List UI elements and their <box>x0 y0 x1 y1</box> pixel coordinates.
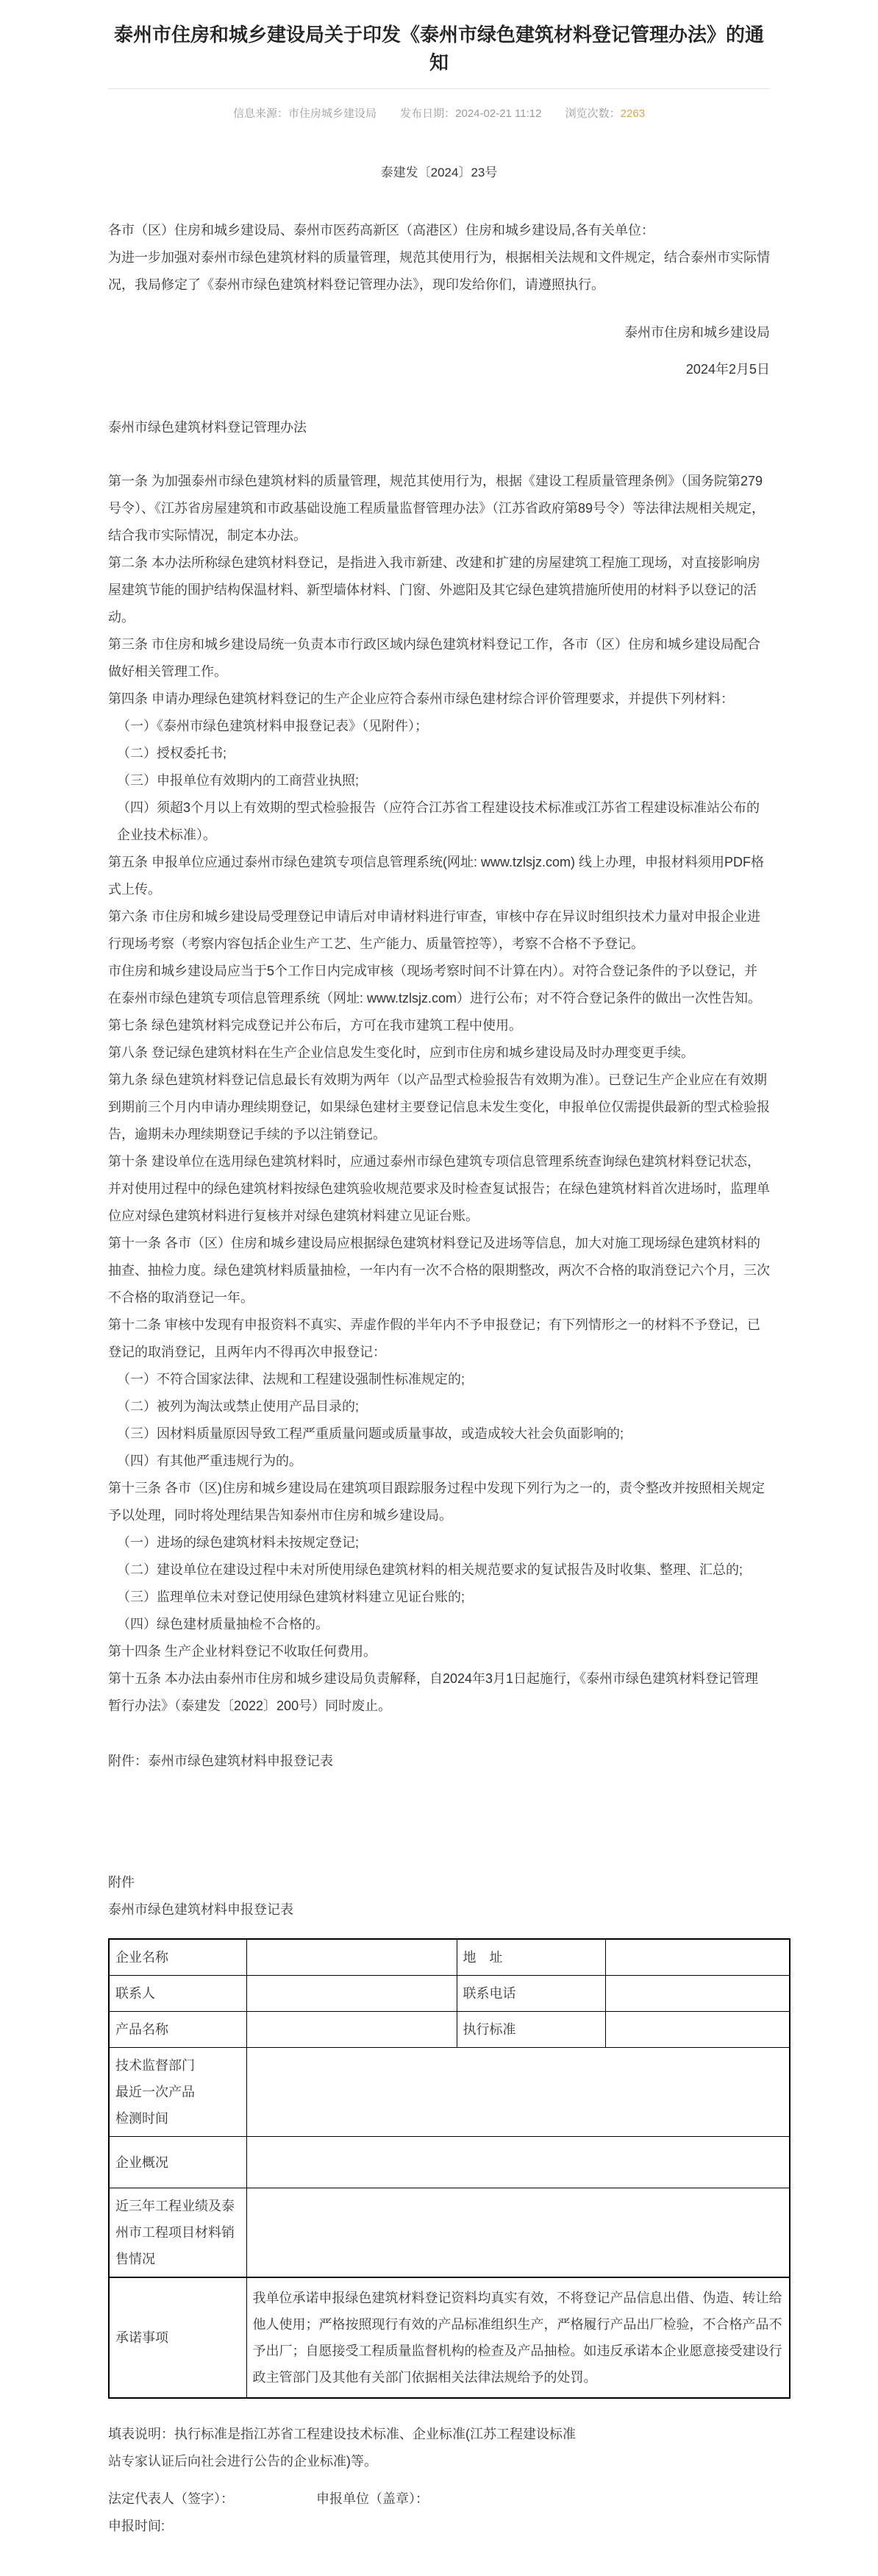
list-item: （四）绿色建材质量抽检不合格的。 <box>108 1611 770 1638</box>
table-row: 联系人联系电话 <box>109 1976 790 2012</box>
form-field-label: 地 址 <box>457 1939 605 1976</box>
meta-views-value: 2263 <box>621 107 645 120</box>
form-field-label: 近三年工程业绩及泰州市工程项目材料销售情况 <box>109 2188 246 2278</box>
form-notes-line1: 填表说明：执行标准是指江苏省工程建设技术标准、企业标准(江苏工程建设标准 <box>108 2421 770 2448</box>
article-paragraph: 第五条 申报单位应通过泰州市绿色建筑专项信息管理系统(网址: www.tzlsj… <box>108 849 770 903</box>
table-row: 产品名称执行标准 <box>109 2012 790 2048</box>
list-item: （一）进场的绿色建筑材料未按规定登记; <box>108 1529 770 1556</box>
form-table: 企业名称地 址联系人联系电话产品名称执行标准技术监督部门 最近一次产品 检测时间… <box>108 1938 790 2399</box>
form-field-value <box>605 1939 790 1976</box>
article-paragraph: 市住房和城乡建设局应当于5个工作日内完成审核（现场考察时间不计算在内）。对符合登… <box>108 958 770 1012</box>
form-field-value <box>605 2012 790 2048</box>
attachment-note: 附件：泰州市绿色建筑材料申报登记表 <box>108 1748 770 1775</box>
form-field-label: 企业名称 <box>109 1939 246 1976</box>
meta-source: 信息来源：市住房城乡建设局 <box>233 105 376 121</box>
form-field-label: 执行标准 <box>457 2012 605 2048</box>
signature-block: 泰州市住房和城乡建设局 2024年2月5日 <box>108 319 770 383</box>
form-notes-line2: 站专家认证后向社会进行公告的企业标准)等。 <box>108 2448 770 2475</box>
form-field-value <box>246 2188 790 2278</box>
title-divider <box>108 88 770 89</box>
table-row: 近三年工程业绩及泰州市工程项目材料销售情况 <box>109 2188 790 2278</box>
article-paragraph: 第十五条 本办法由泰州市住房和城乡建设局负责解释，自2024年3月1日起施行，《… <box>108 1665 770 1720</box>
declare-time-label: 申报时间: <box>108 2513 770 2540</box>
form-field-value <box>246 2048 790 2137</box>
form-notes: 填表说明：执行标准是指江苏省工程建设技术标准、企业标准(江苏工程建设标准 站专家… <box>108 2421 770 2475</box>
article-paragraph: 第二条 本办法所称绿色建筑材料登记，是指进入我市新建、改建和扩建的房屋建筑工程施… <box>108 549 770 631</box>
table-row: 企业概况 <box>109 2137 790 2188</box>
article-paragraph: 第六条 市住房和城乡建设局受理登记申请后对申请材料进行审查，审核中存在异议时组织… <box>108 903 770 958</box>
list-item: （二）授权委托书; <box>108 740 770 767</box>
form-field-label: 产品名称 <box>109 2012 246 2048</box>
list-item: （二）建设单位在建设过程中未对所使用绿色建筑材料的相关规范要求的复试报告及时收集… <box>108 1556 770 1584</box>
form-field-label: 企业概况 <box>109 2137 246 2188</box>
form-field-value: 我单位承诺申报绿色建筑材料登记资料均真实有效，不将登记产品信息出借、伪造、转让给… <box>246 2277 790 2398</box>
list-item: （三）因材料质量原因导致工程严重质量问题或质量事故，或造成较大社会负面影响的; <box>108 1420 770 1448</box>
form-field-label: 承诺事项 <box>109 2277 246 2398</box>
list-item: （一）不符合国家法律、法规和工程建设强制性标准规定的; <box>108 1366 770 1393</box>
meta-views-label: 浏览次数： <box>565 107 621 120</box>
list-item: （三）监理单位未对登记使用绿色建筑材料建立见证台账的; <box>108 1584 770 1611</box>
document-content: 各市（区）住房和城乡建设局、泰州市医药高新区（高港区）住房和城乡建设局,各有关单… <box>108 217 770 2540</box>
article-paragraph: 第一条 为加强泰州市绿色建筑材料的质量管理，规范其使用行为，根据《建设工程质量管… <box>108 468 770 549</box>
form-field-value <box>246 1976 457 2012</box>
form-field-value <box>246 1939 457 1976</box>
article-meta: 信息来源：市住房城乡建设局 发布日期：2024-02-21 11:12 浏览次数… <box>108 105 770 121</box>
document-page: 泰州市住房和城乡建设局关于印发《泰州市绿色建筑材料登记管理办法》的通知 信息来源… <box>0 0 878 2576</box>
doc-number: 泰建发〔2024〕23号 <box>108 162 770 180</box>
table-row: 技术监督部门 最近一次产品 检测时间 <box>109 2048 790 2137</box>
attachment-label: 附件 <box>108 1869 770 1896</box>
form-sign-line: 法定代表人（签字）：申报单位（盖章）： <box>108 2486 770 2513</box>
meta-date-label: 发布日期： <box>400 107 455 120</box>
article-paragraph: 第十条 建设单位在选用绿色建筑材料时，应通过泰州市绿色建筑专项信息管理系统查询绿… <box>108 1148 770 1230</box>
form-field-value <box>605 1976 790 2012</box>
meta-views: 浏览次数：2263 <box>565 105 645 121</box>
declare-unit-label: 申报单位（盖章）： <box>316 2491 429 2506</box>
article-paragraph: 第十二条 审核中发现有申报资料不真实、弄虚作假的半年内不予申报登记；有下列情形之… <box>108 1312 770 1366</box>
table-row: 企业名称地 址 <box>109 1939 790 1976</box>
form-field-label: 技术监督部门 最近一次产品 检测时间 <box>109 2048 246 2137</box>
table-row: 承诺事项我单位承诺申报绿色建筑材料登记资料均真实有效，不将登记产品信息出借、伪造… <box>109 2277 790 2398</box>
article-paragraph: 第四条 申请办理绿色建筑材料登记的生产企业应符合泰州市绿色建材综合评价管理要求，… <box>108 686 770 713</box>
article-paragraph: 第十一条 各市（区）住房和城乡建设局应根据绿色建筑材料登记及进场等信息，加大对施… <box>108 1230 770 1312</box>
meta-source-value: 市住房城乡建设局 <box>288 107 376 120</box>
article-paragraph: 第九条 绿色建筑材料登记信息最长有效期为两年（以产品型式检验报告有效期为准）。已… <box>108 1067 770 1148</box>
list-item: （二）被列为淘汰或禁止使用产品目录的; <box>108 1393 770 1420</box>
attachment-form-title: 泰州市绿色建筑材料申报登记表 <box>108 1896 770 1924</box>
page-title: 泰州市住房和城乡建设局关于印发《泰州市绿色建筑材料登记管理办法》的通知 <box>108 21 770 77</box>
measures-heading: 泰州市绿色建筑材料登记管理办法 <box>108 414 770 441</box>
list-item: （四）须超3个月以上有效期的型式检验报告（应符合江苏省工程建设技术标准或江苏省工… <box>108 794 770 849</box>
meta-date: 发布日期：2024-02-21 11:12 <box>400 105 541 121</box>
article-paragraph: 第七条 绿色建筑材料完成登记并公布后，方可在我市建筑工程中使用。 <box>108 1012 770 1039</box>
meta-date-value: 2024-02-21 11:12 <box>455 107 541 120</box>
list-item: （三）申报单位有效期内的工商营业执照; <box>108 767 770 794</box>
list-item: （四）有其他严重违规行为的。 <box>108 1448 770 1475</box>
article-paragraph: 第八条 登记绿色建筑材料在生产企业信息发生变化时，应到市住房和城乡建设局及时办理… <box>108 1039 770 1067</box>
form-table-body: 企业名称地 址联系人联系电话产品名称执行标准技术监督部门 最近一次产品 检测时间… <box>109 1939 790 2398</box>
measures-paragraphs: 第一条 为加强泰州市绿色建筑材料的质量管理，规范其使用行为，根据《建设工程质量管… <box>108 468 770 1720</box>
form-field-value <box>246 2012 457 2048</box>
form-field-label: 联系电话 <box>457 1976 605 2012</box>
sign-date: 2024年2月5日 <box>108 356 770 383</box>
legal-rep-label: 法定代表人（签字）： <box>108 2491 234 2506</box>
article-paragraph: 第十三条 各市（区)住房和城乡建设局在建筑项目跟踪服务过程中发现下列行为之一的，… <box>108 1475 770 1529</box>
form-field-label: 联系人 <box>109 1976 246 2012</box>
salutation: 各市（区）住房和城乡建设局、泰州市医药高新区（高港区）住房和城乡建设局,各有关单… <box>108 217 770 244</box>
meta-source-label: 信息来源： <box>233 107 288 120</box>
notice-opening-paragraph: 为进一步加强对泰州市绿色建筑材料的质量管理，规范其使用行为，根据相关法规和文件规… <box>108 244 770 299</box>
article-paragraph: 第三条 市住房和城乡建设局统一负责本市行政区域内绿色建筑材料登记工作，各市（区）… <box>108 631 770 686</box>
signer-name: 泰州市住房和城乡建设局 <box>108 319 770 346</box>
list-item: （一）《泰州市绿色建筑材料申报登记表》（见附件）； <box>108 713 770 740</box>
form-field-value <box>246 2137 790 2188</box>
article-paragraph: 第十四条 生产企业材料登记不收取任何费用。 <box>108 1638 770 1665</box>
